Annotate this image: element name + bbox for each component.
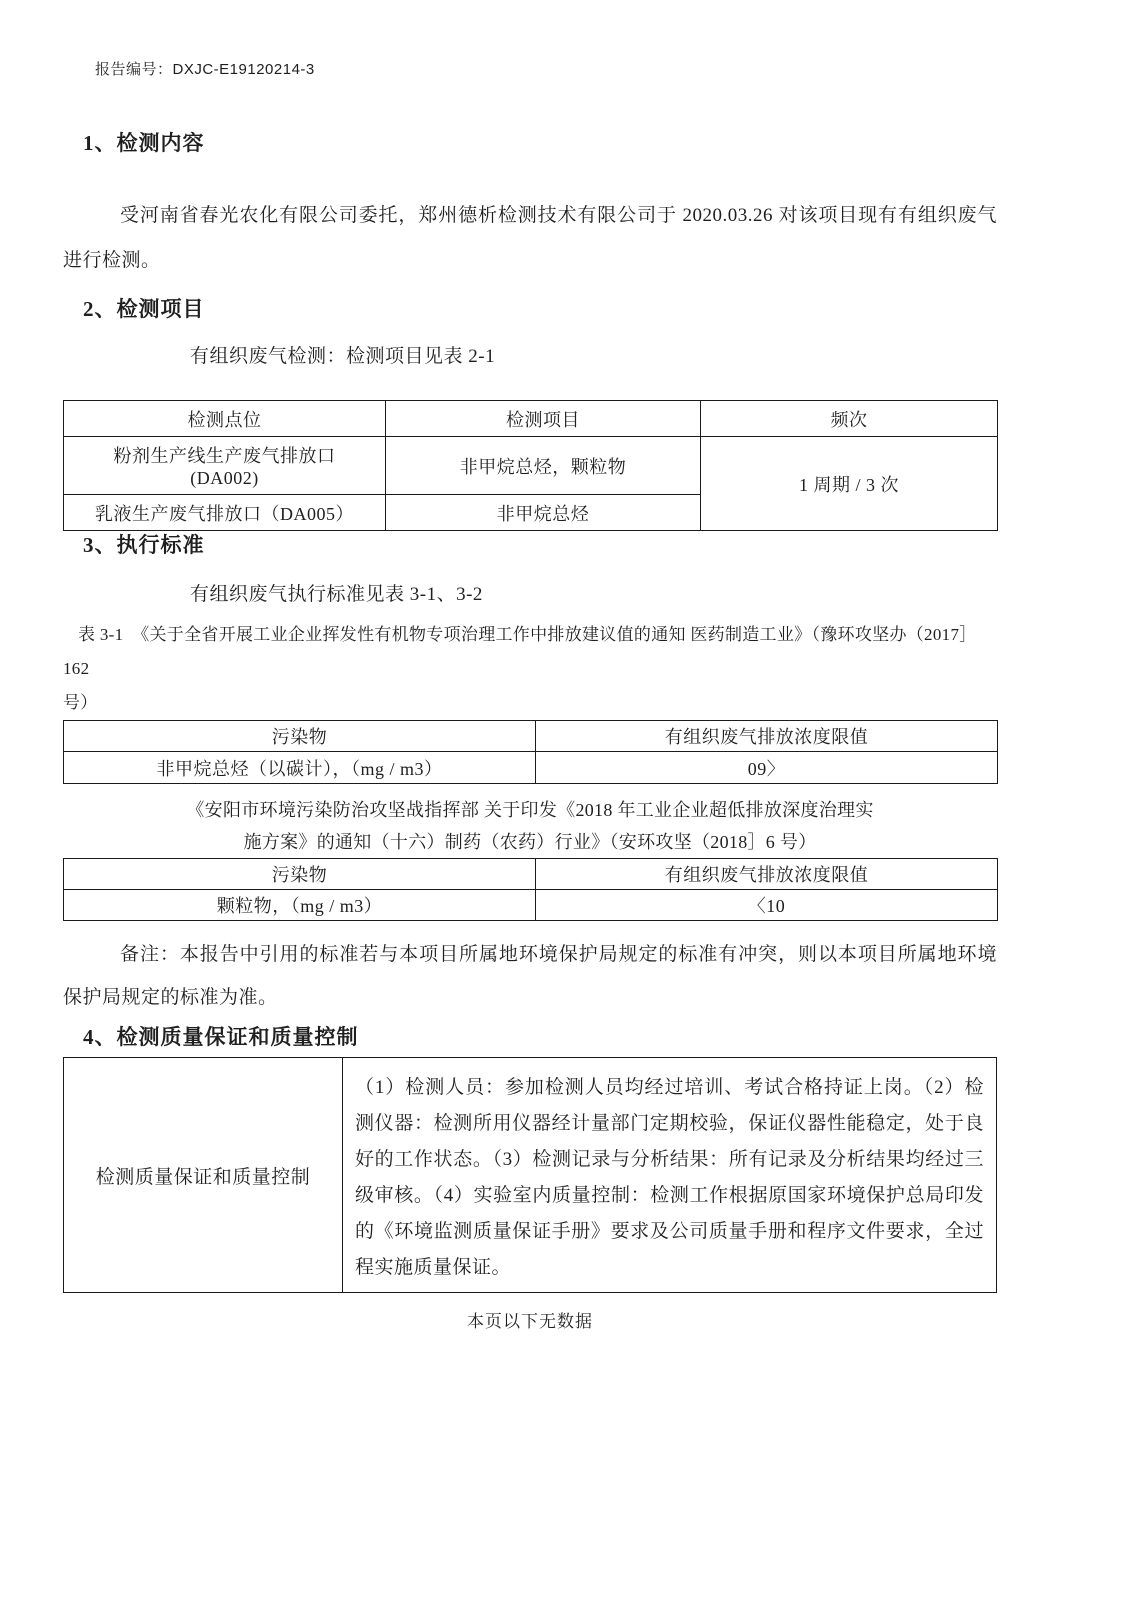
test-items-table: 检测点位 检测项目 频次 粉剂生产线生产废气排放口 (DA002) 非甲烷总烃，…: [63, 400, 998, 531]
section-4-heading: 4、检测质量保证和质量控制: [83, 1023, 997, 1051]
table-3-1-caption: 表 3-1 《关于全省开展工业企业挥发性有机物专项治理工作中排放建议值的通知 医…: [63, 618, 997, 720]
no-more-data-note: 本页以下无数据: [63, 1307, 997, 1332]
cell-point-da002: 粉剂生产线生产废气排放口 (DA002): [64, 437, 386, 495]
table-header-row: 污染物 有组织废气排放浓度限值: [64, 721, 998, 752]
caption-line: 表 3-1 《关于全省开展工业企业挥发性有机物专项治理工作中排放建议值的通知 医…: [63, 618, 997, 686]
header-cell-frequency: 频次: [701, 401, 998, 437]
cell-pollutant: 颗粒物，（mg / m3）: [64, 890, 536, 921]
table-header-row: 检测点位 检测项目 频次: [64, 401, 998, 437]
cell-item: 非甲烷总烃，颗粒物: [386, 437, 701, 495]
table-3-2-caption: 《安阳市环境污染防治攻坚战指挥部 关于印发《2018 年工业企业超低排放深度治理…: [63, 794, 997, 858]
cell-limit: 〈10: [536, 890, 998, 921]
header-cell-limit: 有组织废气排放浓度限值: [536, 721, 998, 752]
report-number-label: 报告编号：: [95, 62, 173, 78]
cell-limit: 09〉: [536, 752, 998, 784]
qa-qc-table: 检测质量保证和质量控制 （1）检测人员：参加检测人员均经过培训、考试合格持证上岗…: [63, 1057, 997, 1293]
caption-line: 《安阳市环境污染防治攻坚战指挥部 关于印发《2018 年工业企业超低排放深度治理…: [63, 794, 997, 826]
qa-qc-content-cell: （1）检测人员：参加检测人员均经过培训、考试合格持证上岗。（2）检测仪器：检测所…: [343, 1058, 997, 1293]
table-row: 检测质量保证和质量控制 （1）检测人员：参加检测人员均经过培训、考试合格持证上岗…: [64, 1058, 997, 1293]
cell-frequency: 1 周期 / 3 次: [701, 437, 998, 531]
cell-item: 非甲烷总烃: [386, 495, 701, 531]
header-cell-pollutant: 污染物: [64, 721, 536, 752]
section-2-heading: 2、检测项目: [83, 295, 997, 323]
point-code: (DA002): [68, 468, 381, 489]
cell-pollutant: 非甲烷总烃（以碳计），（mg / m3）: [64, 752, 536, 784]
section-2-intro: 有组织废气检测：检测项目见表 2-1: [190, 341, 997, 368]
header-cell-item: 检测项目: [386, 401, 701, 437]
caption-line: 施方案》的通知（十六）制药（农药）行业》（安环攻坚（2018］6 号）: [63, 826, 997, 858]
point-name: 粉剂生产线生产废气排放口: [68, 442, 381, 468]
cell-point-da005: 乳液生产废气排放口（DA005）: [64, 495, 386, 531]
caption-line: 号）: [63, 686, 997, 720]
standards-remark: 备注：本报告中引用的标准若与本项目所属地环境保护局规定的标准有冲突，则以本项目所…: [63, 933, 997, 1019]
table-row: 颗粒物，（mg / m3） 〈10: [64, 890, 998, 921]
qa-qc-label-cell: 检测质量保证和质量控制: [64, 1058, 343, 1293]
standard-table-3-1: 污染物 有组织废气排放浓度限值 非甲烷总烃（以碳计），（mg / m3） 09〉: [63, 720, 998, 784]
header-cell-limit: 有组织废气排放浓度限值: [536, 859, 998, 890]
table-header-row: 污染物 有组织废气排放浓度限值: [64, 859, 998, 890]
table-row: 粉剂生产线生产废气排放口 (DA002) 非甲烷总烃，颗粒物 1 周期 / 3 …: [64, 437, 998, 495]
header-cell-pollutant: 污染物: [64, 859, 536, 890]
section-1-heading: 1、检测内容: [83, 129, 997, 157]
table-row: 非甲烷总烃（以碳计），（mg / m3） 09〉: [64, 752, 998, 784]
section-3-heading: 3、执行标准: [83, 531, 997, 559]
standard-table-3-2: 污染物 有组织废气排放浓度限值 颗粒物，（mg / m3） 〈10: [63, 858, 998, 921]
report-number-line: 报告编号：DXJC-E19120214-3: [95, 58, 997, 79]
header-cell-point: 检测点位: [64, 401, 386, 437]
report-number-value: DXJC-E19120214-3: [173, 61, 315, 78]
section-1-paragraph: 受河南省春光农化有限公司委托，郑州德析检测技术有限公司于 2020.03.26 …: [63, 193, 997, 283]
section-3-intro: 有组织废气执行标准见表 3-1、3-2: [190, 579, 997, 606]
report-page: 报告编号：DXJC-E19120214-3 1、检测内容 受河南省春光农化有限公…: [0, 0, 1130, 1600]
